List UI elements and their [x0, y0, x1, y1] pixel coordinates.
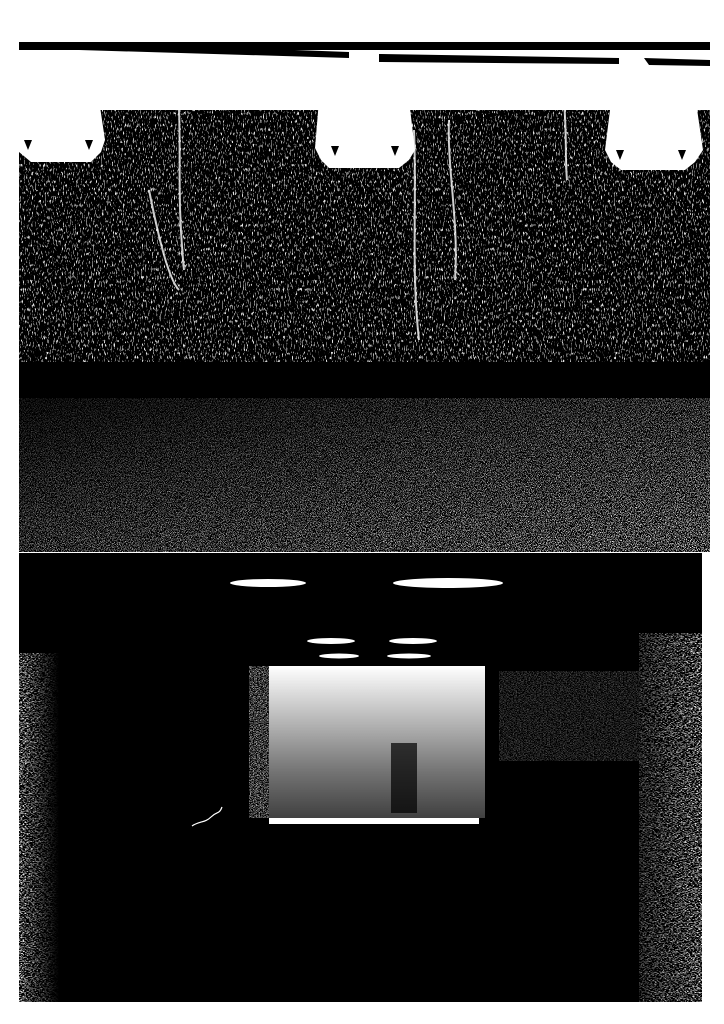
figure-silhouette [391, 743, 417, 813]
bracket-right [605, 102, 703, 170]
ceiling-light [319, 654, 359, 659]
wall-scene [19, 40, 710, 552]
left-tunnel-wall [19, 653, 59, 1002]
lower-photo [19, 553, 709, 1002]
ceiling-light [387, 654, 431, 659]
ceiling-light [389, 638, 437, 644]
bracket-middle [315, 100, 415, 168]
opening-floor-edge [269, 818, 479, 824]
upper-photo [19, 40, 710, 552]
bracket-left [19, 100, 105, 162]
tunnel-opening [249, 666, 485, 824]
ceiling-light [393, 578, 503, 588]
tunnel-scene [19, 553, 709, 1002]
ceiling-light [230, 579, 306, 587]
ledge [19, 362, 710, 402]
ceiling-light [307, 638, 355, 644]
